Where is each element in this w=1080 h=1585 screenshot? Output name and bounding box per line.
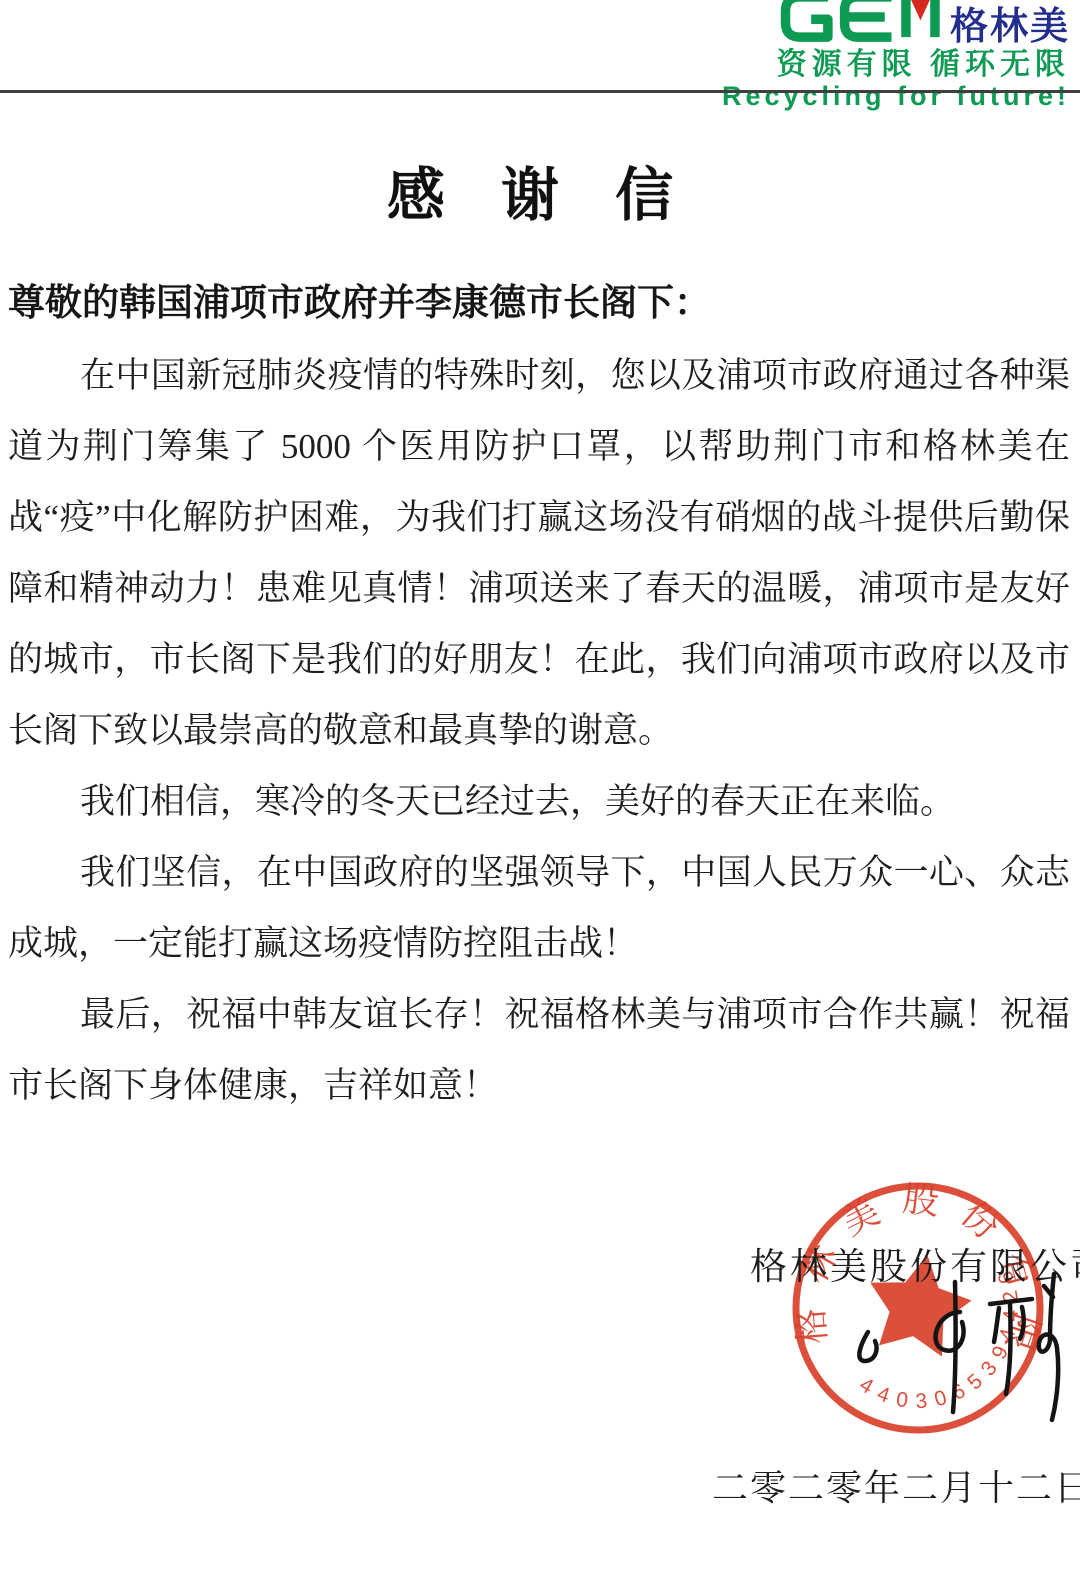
letter-title: 感 谢 信 [0,148,1080,232]
letter-date: 二零二零年二月十二日 [712,1460,1080,1511]
salutation: 尊敬的韩国浦项市政府并李康德市长阁下： [8,272,1072,326]
handwritten-signature-icon [838,1252,1080,1437]
paragraph-4: 最后，祝福中韩友谊长存！祝福格林美与浦项市合作共赢！祝福市长阁下身体健康，吉祥如… [8,979,1070,1121]
logo-red-triangle-icon [908,0,933,20]
paragraph-1: 在中国新冠肺炎疫情的特殊时刻，您以及浦项市政府通过各种渠道为荆门筹集了 5000… [8,340,1070,766]
header-divider [0,90,1080,93]
page-header: 格林美 资源有限 循环无限 Recycling for future! [722,0,1070,110]
logo-slogan-en: Recycling for future! [722,83,1070,110]
gem-logo-icon [774,0,942,46]
letter-page: 格林美 资源有限 循环无限 Recycling for future! 感 谢 … [0,0,1080,1585]
logo-slogan-cn: 资源有限 循环无限 [722,50,1070,80]
paragraph-2: 我们相信，寒冷的冬天已经过去，美好的春天正在来临。 [8,766,1070,837]
logo-row: 格林美 [722,0,1070,46]
paragraph-3: 我们坚信，在中国政府的坚强领导下，中国人民万众一心、众志成城，一定能打赢这场疫情… [8,837,1070,979]
letter-body: 在中国新冠肺炎疫情的特殊时刻，您以及浦项市政府通过各种渠道为荆门筹集了 5000… [8,340,1070,1121]
logo-brand-cn: 格林美 [950,8,1070,46]
